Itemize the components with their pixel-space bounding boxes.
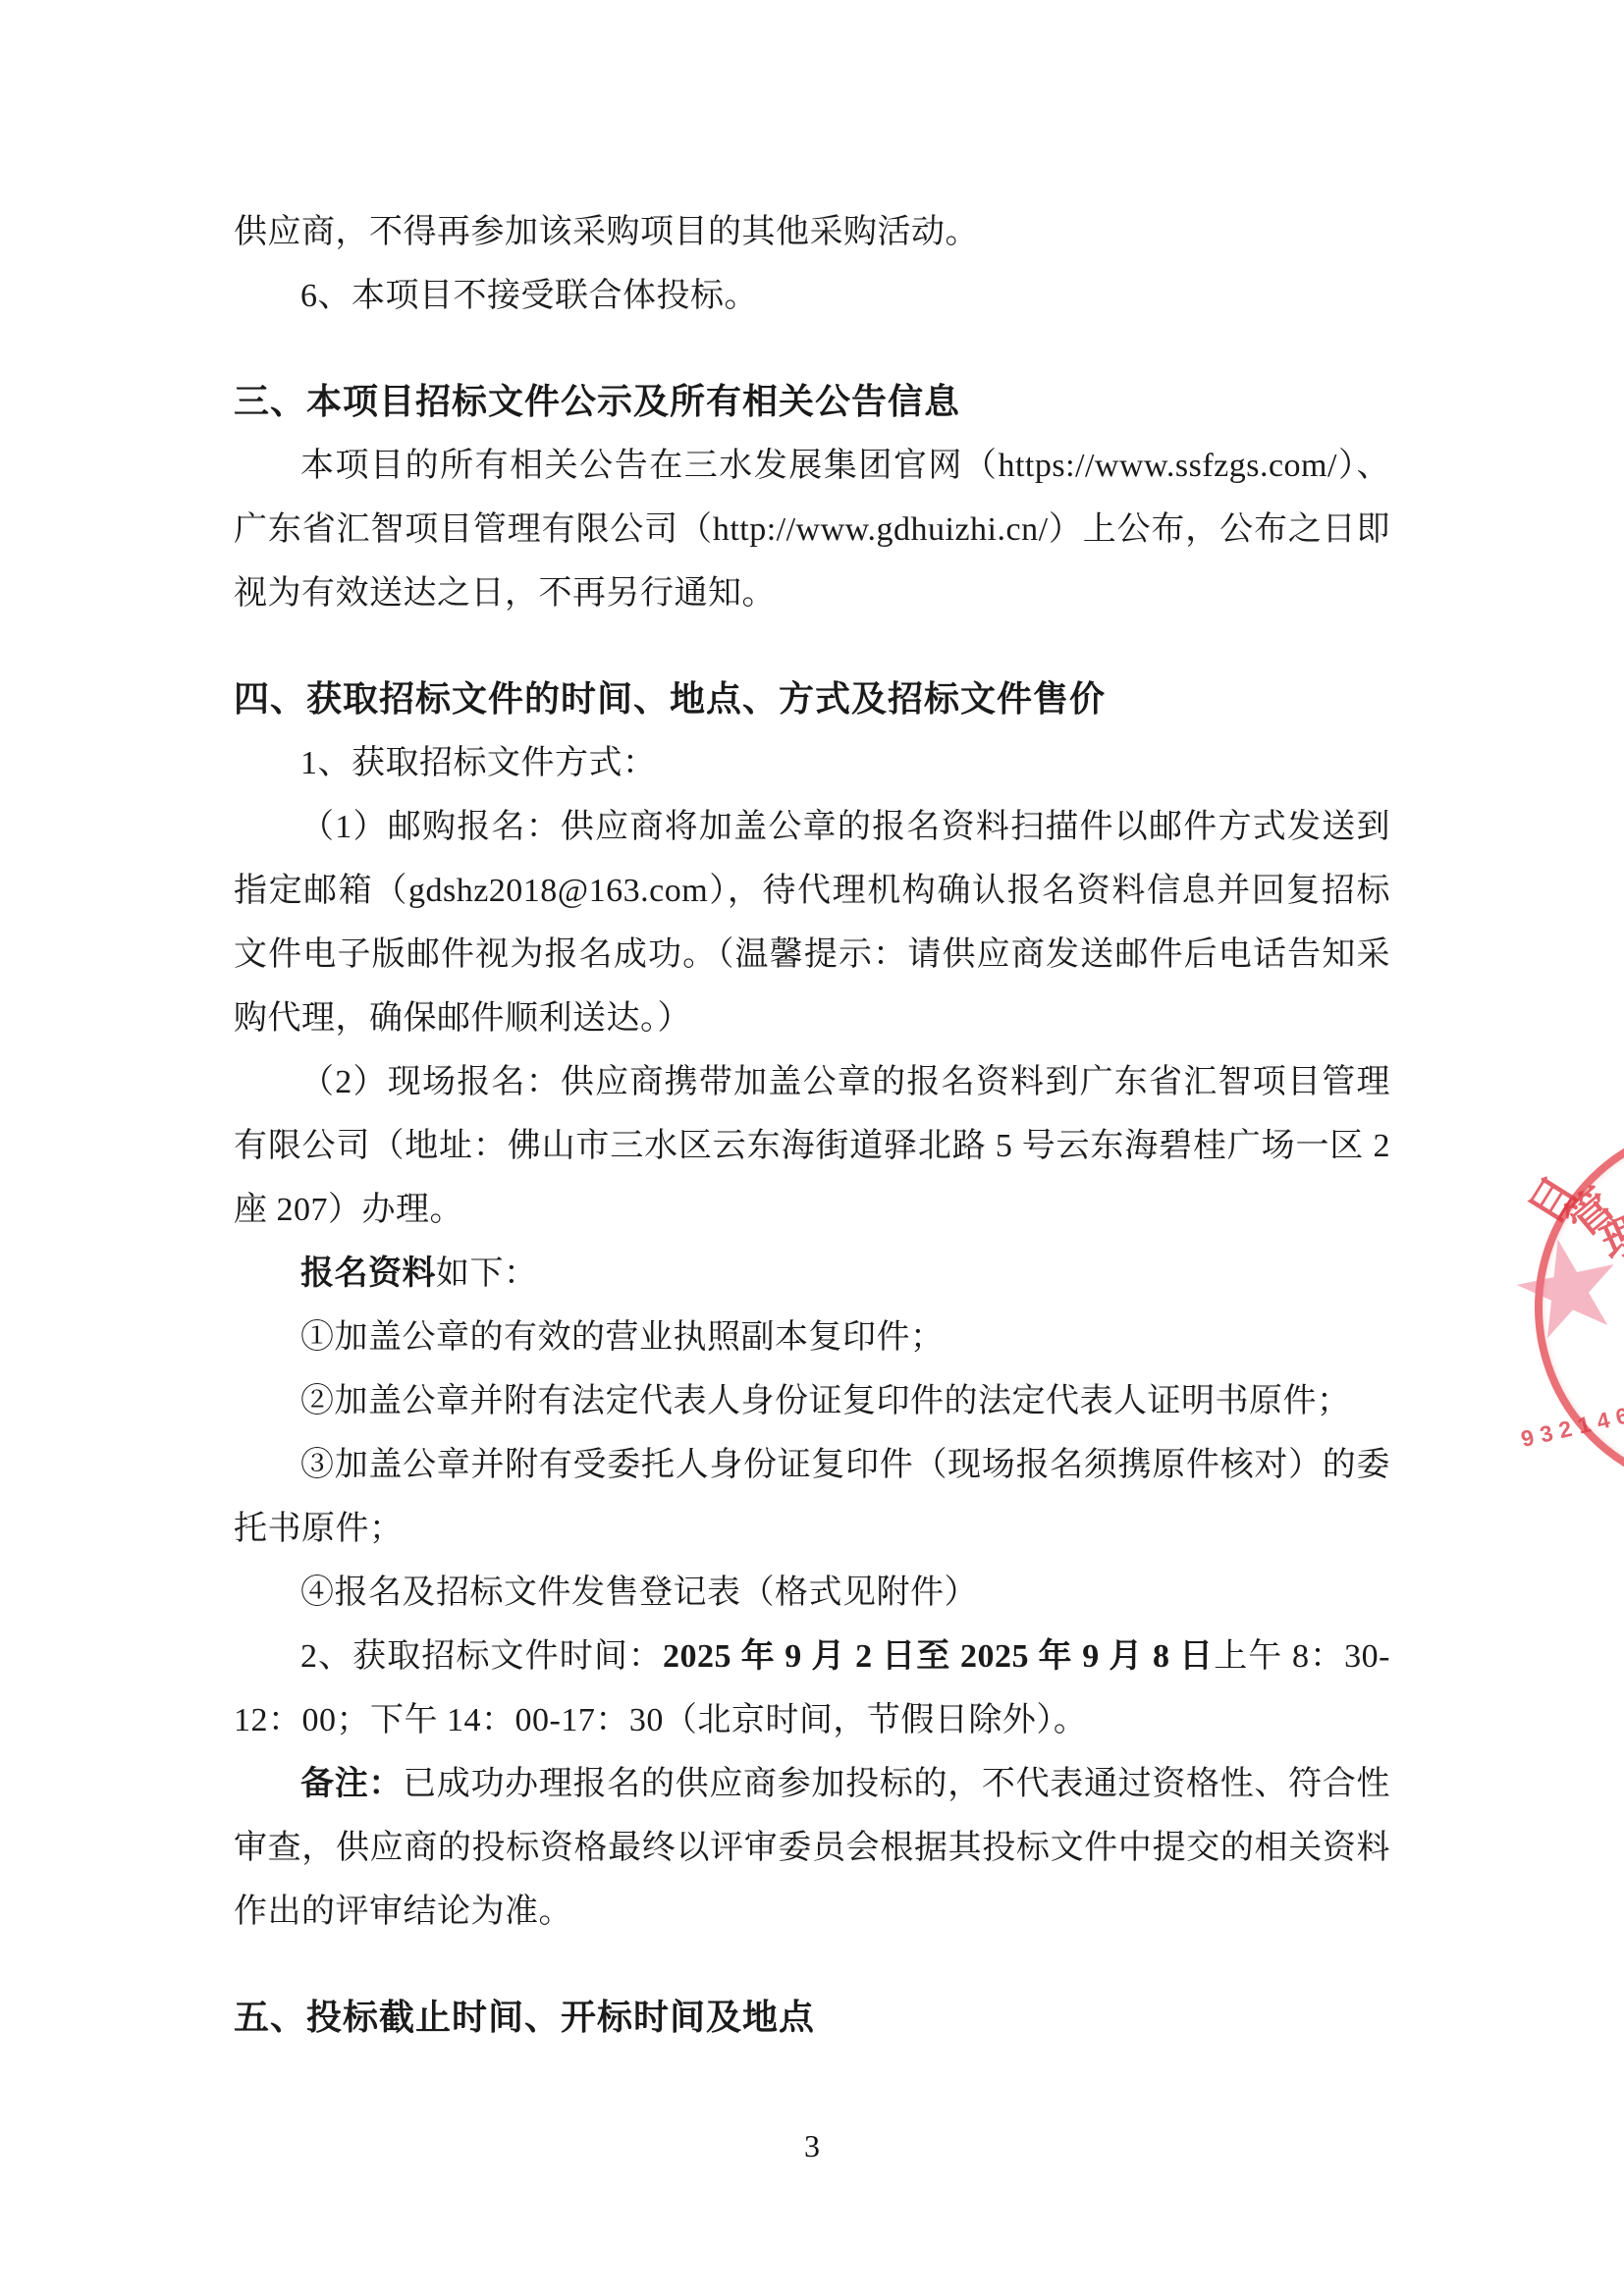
- seal-star-icon: ★: [1498, 1212, 1624, 1363]
- seal-arc-character: 理: [1590, 1195, 1624, 1272]
- text-run: （2）现场报名：供应商携带加盖公章的报名资料到广东省汇智项目管理有限公司（地址：…: [234, 1064, 1390, 1228]
- paragraph: ③加盖公章并附有受委托人身份证复印件（现场报名须携原件核对）的委托书原件；: [234, 1433, 1390, 1561]
- paragraph: 1、获取招标文件方式：: [234, 731, 1390, 795]
- paragraph: （1）邮购报名：供应商将加盖公章的报名资料扫描件以邮件方式发送到指定邮箱（gds…: [234, 795, 1390, 1050]
- paragraph: 本项目的所有相关公告在三水发展集团官网（https://www.ssfzgs.c…: [234, 434, 1390, 625]
- page-number: 3: [0, 2128, 1624, 2164]
- seal-ring: [1535, 1121, 1624, 1494]
- text-run-bold: 三、本项目招标文件公示及所有相关公告信息: [234, 382, 960, 421]
- section-heading: 三、本项目招标文件公示及所有相关公告信息: [234, 369, 1390, 434]
- text-run-bold: 备注：: [300, 1766, 403, 1802]
- seal-arc-character: 目: [1511, 1162, 1590, 1235]
- seal-arc-character: 管: [1549, 1171, 1624, 1250]
- text-run-bold: 四、获取招标文件的时间、地点、方式及招标文件售价: [234, 679, 1106, 719]
- text-run-bold: 报名资料: [300, 1255, 436, 1292]
- paragraph: 报名资料如下：: [234, 1242, 1390, 1306]
- text-run: 2、获取招标文件时间：: [300, 1638, 663, 1675]
- text-run: 6、本项目不接受联合体投标。: [300, 278, 758, 314]
- section-heading: 四、获取招标文件的时间、地点、方式及招标文件售价: [234, 667, 1390, 731]
- text-run: 1、获取招标文件方式：: [300, 745, 657, 781]
- paragraph: 6、本项目不接受联合体投标。: [234, 264, 1390, 328]
- paragraph: 备注：已成功办理报名的供应商参加投标的，不代表通过资格性、符合性审查，供应商的投…: [234, 1752, 1390, 1944]
- seal-serial-number: 932146: [1518, 1401, 1624, 1453]
- text-run: ①加盖公章的有效的营业执照副本复印件；: [300, 1319, 945, 1356]
- text-run: 供应商，不得再参加该采购项目的其他采购活动。: [234, 214, 979, 250]
- document-body: 供应商，不得再参加该采购项目的其他采购活动。6、本项目不接受联合体投标。三、本项…: [234, 200, 1390, 2050]
- text-run: （1）邮购报名：供应商将加盖公章的报名资料扫描件以邮件方式发送到指定邮箱（gds…: [234, 809, 1390, 1037]
- paragraph: ①加盖公章的有效的营业执照副本复印件；: [234, 1306, 1390, 1369]
- text-run-bold: 2025 年 9 月 2 日至 2025 年 9 月 8 日: [663, 1638, 1214, 1675]
- text-run: 如下：: [436, 1255, 538, 1292]
- text-run: 已成功办理报名的供应商参加投标的，不代表通过资格性、符合性审查，供应商的投标资格…: [234, 1766, 1390, 1930]
- paragraph: 2、获取招标文件时间：2025 年 9 月 2 日至 2025 年 9 月 8 …: [234, 1625, 1390, 1752]
- paragraph: ②加盖公章并附有法定代表人身份证复印件的法定代表人证明书原件；: [234, 1369, 1390, 1433]
- paragraph: （2）现场报名：供应商携带加盖公章的报名资料到广东省汇智项目管理有限公司（地址：…: [234, 1050, 1390, 1242]
- text-run-bold: 五、投标截止时间、开标时间及地点: [234, 1998, 815, 2037]
- text-run: 本项目的所有相关公告在三水发展集团官网（https://www.ssfzgs.c…: [234, 448, 1390, 612]
- paragraph: ④报名及招标文件发售登记表（格式见附件）: [234, 1561, 1390, 1625]
- paragraph: 供应商，不得再参加该采购项目的其他采购活动。: [234, 200, 1390, 264]
- text-run: ③加盖公章并附有受委托人身份证复印件（现场报名须携原件核对）的委托书原件；: [234, 1447, 1390, 1547]
- section-heading: 五、投标截止时间、开标时间及地点: [234, 1985, 1390, 2050]
- text-run: ②加盖公章并附有法定代表人身份证复印件的法定代表人证明书原件；: [300, 1383, 1351, 1419]
- document-page: 供应商，不得再参加该采购项目的其他采购活动。6、本项目不接受联合体投标。三、本项…: [0, 0, 1624, 2296]
- text-run: ④报名及招标文件发售登记表（格式见附件）: [300, 1575, 978, 1611]
